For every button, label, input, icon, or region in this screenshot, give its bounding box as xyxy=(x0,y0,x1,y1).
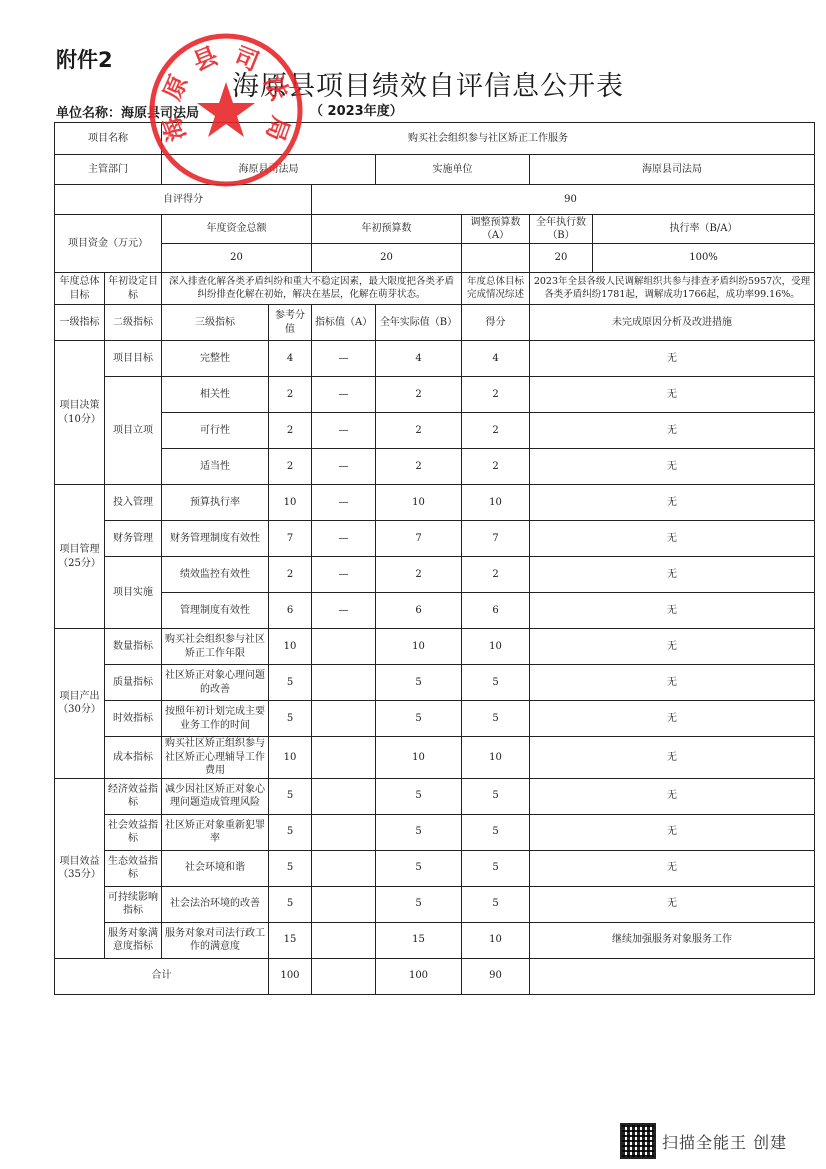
funds-exec-rate-values: 20 100% xyxy=(530,244,815,273)
total-note xyxy=(530,958,815,994)
target-value: — xyxy=(312,341,376,377)
unit-name: 单位名称：海原县司法局 xyxy=(56,102,199,121)
improvement-note: 无 xyxy=(530,593,815,629)
target-value xyxy=(312,737,376,779)
table-row: 项目实施绩效监控有效性2—22无 xyxy=(55,557,815,593)
total-ref: 100 xyxy=(269,958,312,994)
funds-adjusted-value xyxy=(462,244,530,273)
level3-indicator: 管理制度有效性 xyxy=(162,593,269,629)
level1-indicator: 项目产出（30分） xyxy=(55,629,105,779)
funds-col-executed-rate-wrap: 全年执行数（B） 执行率（B/A） xyxy=(530,215,815,244)
score: 10 xyxy=(462,737,530,779)
actual-value: 5 xyxy=(376,778,462,814)
actual-value: 10 xyxy=(376,485,462,521)
page-title: 海原县项目绩效自评信息公开表 xyxy=(232,64,624,103)
project-name: 购买社会组织参与社区矫正工作服务 xyxy=(162,123,815,155)
score: 5 xyxy=(462,701,530,737)
improvement-note: 无 xyxy=(530,886,815,922)
improvement-note: 无 xyxy=(530,737,815,779)
actual-value: 7 xyxy=(376,521,462,557)
dept-label: 主管部门 xyxy=(55,155,162,185)
target-value xyxy=(312,814,376,850)
level3-indicator: 财务管理制度有效性 xyxy=(162,521,269,557)
score: 6 xyxy=(462,593,530,629)
goals-initial-label: 年初设定目标 xyxy=(105,273,162,305)
improvement-note: 继续加强服务对象服务工作 xyxy=(530,922,815,958)
target-value xyxy=(312,629,376,665)
table-row: 可行性2—22无 xyxy=(55,413,815,449)
level2-indicator: 生态效益指标 xyxy=(105,850,162,886)
funds-initial-value: 20 xyxy=(312,244,462,273)
reference-score: 2 xyxy=(269,413,312,449)
table-row: 项目立项相关性2—22无 xyxy=(55,377,815,413)
table-row: 成本指标购买社区矫正组织参与社区矫正心理辅导工作费用101010无 xyxy=(55,737,815,779)
level3-indicator: 完整性 xyxy=(162,341,269,377)
score: 7 xyxy=(462,521,530,557)
project-name-label: 项目名称 xyxy=(55,123,162,155)
actual-value: 2 xyxy=(376,413,462,449)
reference-score: 2 xyxy=(269,377,312,413)
level1-indicator: 项目管理（25分） xyxy=(55,485,105,629)
improvement-note: 无 xyxy=(530,377,815,413)
level3-indicator: 绩效监控有效性 xyxy=(162,557,269,593)
col-header: 二级指标 xyxy=(105,305,162,341)
level3-indicator: 购买社区矫正组织参与社区矫正心理辅导工作费用 xyxy=(162,737,269,779)
level2-indicator: 项目目标 xyxy=(105,341,162,377)
level2-indicator: 可持续影响指标 xyxy=(105,886,162,922)
svg-text:县: 县 xyxy=(189,42,222,77)
actual-value: 5 xyxy=(376,850,462,886)
reference-score: 15 xyxy=(269,922,312,958)
target-value: — xyxy=(312,593,376,629)
impl-label: 实施单位 xyxy=(376,155,530,185)
table-row: 时效指标按照年初计划完成主要业务工作的时间555无 xyxy=(55,701,815,737)
improvement-note: 无 xyxy=(530,850,815,886)
level3-indicator: 社区矫正对象重新犯罪率 xyxy=(162,814,269,850)
total-a xyxy=(312,958,376,994)
target-value xyxy=(312,886,376,922)
qr-code-icon xyxy=(620,1123,656,1159)
col-header: 全年实际值（B） xyxy=(376,305,462,341)
improvement-note: 无 xyxy=(530,449,815,485)
improvement-note: 无 xyxy=(530,485,815,521)
reference-score: 10 xyxy=(269,737,312,779)
score: 2 xyxy=(462,449,530,485)
target-value: — xyxy=(312,557,376,593)
target-value xyxy=(312,922,376,958)
level3-indicator: 社会环境和谐 xyxy=(162,850,269,886)
table-row: 生态效益指标社会环境和谐555无 xyxy=(55,850,815,886)
funds-total-value: 20 xyxy=(162,244,312,273)
actual-value: 5 xyxy=(376,665,462,701)
actual-value: 10 xyxy=(376,737,462,779)
reference-score: 6 xyxy=(269,593,312,629)
goals-completion-label: 年度总体目标完成情况综述 xyxy=(462,273,530,305)
level3-indicator: 减少因社区矫正对象心理问题造成管理风险 xyxy=(162,778,269,814)
improvement-note: 无 xyxy=(530,413,815,449)
improvement-note: 无 xyxy=(530,778,815,814)
level3-indicator: 预算执行率 xyxy=(162,485,269,521)
actual-value: 5 xyxy=(376,886,462,922)
level1-indicator: 项目效益（35分） xyxy=(55,778,105,958)
goals-initial-text: 深入排查化解各类矛盾纠纷和重大不稳定因素，最大限度把各类矛盾纠纷排查化解在初始，… xyxy=(162,273,462,305)
target-value xyxy=(312,701,376,737)
level2-indicator: 项目实施 xyxy=(105,557,162,629)
score: 10 xyxy=(462,485,530,521)
table-row: 质量指标社区矫正对象心理问题的改善555无 xyxy=(55,665,815,701)
actual-value: 6 xyxy=(376,593,462,629)
table-row: 可持续影响指标社会法治环境的改善555无 xyxy=(55,886,815,922)
actual-value: 15 xyxy=(376,922,462,958)
indicator-header-row: 一级指标 二级指标 三级指标 参考分值 指标值（A） 全年实际值（B） 得分 未… xyxy=(55,305,815,341)
reference-score: 10 xyxy=(269,485,312,521)
score: 5 xyxy=(462,665,530,701)
level3-indicator: 相关性 xyxy=(162,377,269,413)
level3-indicator: 按照年初计划完成主要业务工作的时间 xyxy=(162,701,269,737)
col-header: 参考分值 xyxy=(269,305,312,341)
table-row: 项目效益（35分）经济效益指标减少因社区矫正对象心理问题造成管理风险555无 xyxy=(55,778,815,814)
total-row: 合计10010090 xyxy=(55,958,815,994)
score: 2 xyxy=(462,557,530,593)
table-row: 服务对象满意度指标服务对象对司法行政工作的满意度151510继续加强服务对象服务… xyxy=(55,922,815,958)
total-b: 100 xyxy=(376,958,462,994)
funds-col-total: 年度资金总额 xyxy=(162,215,312,244)
level3-indicator: 适当性 xyxy=(162,449,269,485)
col-header: 得分 xyxy=(462,305,530,341)
table-row: 适当性2—22无 xyxy=(55,449,815,485)
score: 10 xyxy=(462,629,530,665)
level2-indicator: 财务管理 xyxy=(105,521,162,557)
reference-score: 5 xyxy=(269,778,312,814)
dept-value: 海原县司法局 xyxy=(162,155,376,185)
year-label: （ 2023年度） xyxy=(310,100,403,119)
target-value: — xyxy=(312,521,376,557)
actual-value: 5 xyxy=(376,701,462,737)
funds-col-adjusted: 调整预算数（A） xyxy=(462,215,530,244)
funds-col-initial: 年初预算数 xyxy=(312,215,462,244)
level2-indicator: 社会效益指标 xyxy=(105,814,162,850)
reference-score: 5 xyxy=(269,850,312,886)
level3-indicator: 社会法治环境的改善 xyxy=(162,886,269,922)
actual-value: 2 xyxy=(376,377,462,413)
level3-indicator: 社区矫正对象心理问题的改善 xyxy=(162,665,269,701)
target-value xyxy=(312,665,376,701)
improvement-note: 无 xyxy=(530,701,815,737)
total-score: 90 xyxy=(462,958,530,994)
funds-col-executed: 全年执行数（B） xyxy=(530,215,593,243)
reference-score: 2 xyxy=(269,557,312,593)
improvement-note: 无 xyxy=(530,629,815,665)
actual-value: 5 xyxy=(376,814,462,850)
table-row: 社会效益指标社区矫正对象重新犯罪率555无 xyxy=(55,814,815,850)
score: 5 xyxy=(462,850,530,886)
level2-indicator: 项目立项 xyxy=(105,377,162,485)
table-row: 项目产出（30分）数量指标购买社会组织参与社区矫正工作年限101010无 xyxy=(55,629,815,665)
actual-value: 2 xyxy=(376,557,462,593)
level2-indicator: 时效指标 xyxy=(105,701,162,737)
watermark-text: 扫描全能王 创建 xyxy=(662,1130,787,1153)
score: 5 xyxy=(462,886,530,922)
improvement-note: 无 xyxy=(530,557,815,593)
score: 5 xyxy=(462,778,530,814)
target-value xyxy=(312,778,376,814)
svg-text:原: 原 xyxy=(158,71,193,104)
performance-table: 项目名称 购买社会组织参与社区矫正工作服务 主管部门 海原县司法局 实施单位 海… xyxy=(54,122,815,995)
impl-value: 海原县司法局 xyxy=(530,155,815,185)
table-row: 项目决策（10分）项目目标完整性4—44无 xyxy=(55,341,815,377)
actual-value: 2 xyxy=(376,449,462,485)
actual-value: 4 xyxy=(376,341,462,377)
actual-value: 10 xyxy=(376,629,462,665)
target-value xyxy=(312,850,376,886)
col-header: 三级指标 xyxy=(162,305,269,341)
level2-indicator: 质量指标 xyxy=(105,665,162,701)
reference-score: 7 xyxy=(269,521,312,557)
reference-score: 4 xyxy=(269,341,312,377)
col-header: 一级指标 xyxy=(55,305,105,341)
score: 2 xyxy=(462,377,530,413)
reference-score: 2 xyxy=(269,449,312,485)
attachment-label: 附件2 xyxy=(56,44,113,74)
goals-completion-text: 2023年全县各级人民调解组织共参与排查矛盾纠纷5957次，受理各类矛盾纠纷17… xyxy=(530,273,815,305)
improvement-note: 无 xyxy=(530,665,815,701)
reference-score: 5 xyxy=(269,814,312,850)
table-row: 项目管理（25分）投入管理预算执行率10—1010无 xyxy=(55,485,815,521)
total-label: 合计 xyxy=(55,958,269,994)
col-header: 指标值（A） xyxy=(312,305,376,341)
scanner-watermark: 扫描全能王 创建 xyxy=(620,1123,787,1159)
self-score-label: 自评得分 xyxy=(55,185,312,215)
target-value: — xyxy=(312,377,376,413)
level2-indicator: 服务对象满意度指标 xyxy=(105,922,162,958)
level2-indicator: 成本指标 xyxy=(105,737,162,779)
target-value: — xyxy=(312,413,376,449)
goals-label: 年度总体目标 xyxy=(55,273,105,305)
table-row: 管理制度有效性6—66无 xyxy=(55,593,815,629)
level3-indicator: 服务对象对司法行政工作的满意度 xyxy=(162,922,269,958)
level3-indicator: 可行性 xyxy=(162,413,269,449)
table-row: 财务管理财务管理制度有效性7—77无 xyxy=(55,521,815,557)
level2-indicator: 投入管理 xyxy=(105,485,162,521)
funds-executed-value: 20 xyxy=(530,244,593,272)
level2-indicator: 数量指标 xyxy=(105,629,162,665)
level2-indicator: 经济效益指标 xyxy=(105,778,162,814)
reference-score: 5 xyxy=(269,886,312,922)
reference-score: 5 xyxy=(269,665,312,701)
score: 5 xyxy=(462,814,530,850)
self-score-value: 90 xyxy=(312,185,815,215)
col-header: 未完成原因分析及改进措施 xyxy=(530,305,815,341)
reference-score: 5 xyxy=(269,701,312,737)
funds-label: 项目资金（万元） xyxy=(55,215,162,273)
improvement-note: 无 xyxy=(530,814,815,850)
funds-col-rate: 执行率（B/A） xyxy=(593,215,814,243)
target-value: — xyxy=(312,485,376,521)
level3-indicator: 购买社会组织参与社区矫正工作年限 xyxy=(162,629,269,665)
target-value: — xyxy=(312,449,376,485)
level1-indicator: 项目决策（10分） xyxy=(55,341,105,485)
reference-score: 10 xyxy=(269,629,312,665)
improvement-note: 无 xyxy=(530,521,815,557)
score: 4 xyxy=(462,341,530,377)
funds-rate-value: 100% xyxy=(593,244,814,272)
score: 2 xyxy=(462,413,530,449)
improvement-note: 无 xyxy=(530,341,815,377)
score: 10 xyxy=(462,922,530,958)
